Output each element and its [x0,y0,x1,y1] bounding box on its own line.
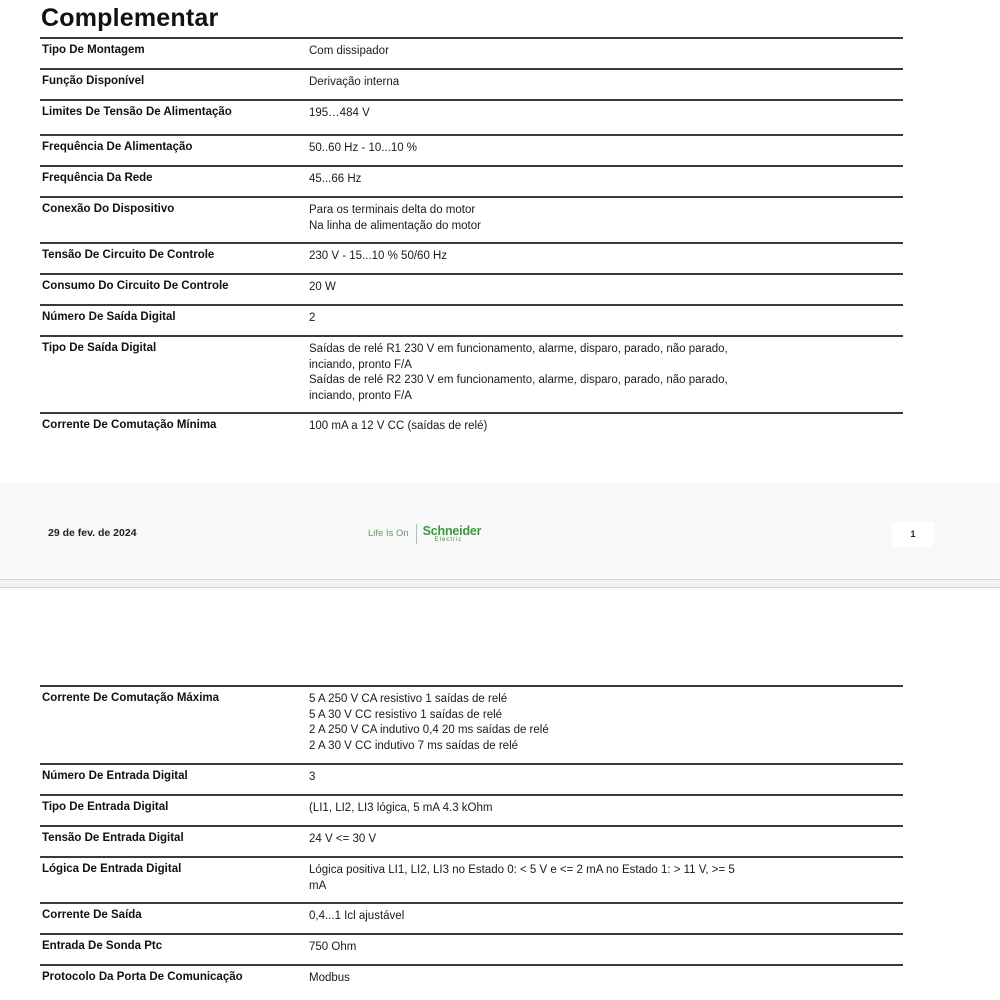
spec-value: (LI1, LI2, LI3 lógica, 5 mA 4.3 kOhm [309,801,903,825]
spec-row: Número De Saída Digital2 [40,304,903,335]
spec-value-line: Com dissipador [309,44,903,60]
spec-row: Consumo Do Circuito De Controle20 W [40,273,903,304]
page-footer: 29 de fev. de 2024 Life Is On Schneider … [0,483,1000,580]
life-is-on-tagline: Life Is On [368,524,417,544]
spec-value-line: 5 A 250 V CA resistivo 1 saídas de relé [309,692,903,708]
spec-value: 230 V - 15...10 % 50/60 Hz [309,249,903,273]
spec-value: 50..60 Hz - 10...10 % [309,141,903,165]
spec-value-line: 195…484 V [309,106,903,122]
spec-row: Protocolo Da Porta De ComunicaçãoModbus [40,964,903,999]
spec-row: Número De Entrada Digital3 [40,763,903,794]
spec-value-line: 100 mA a 12 V CC (saídas de relé) [309,419,903,435]
spec-label: Número De Entrada Digital [40,770,309,794]
spec-value-line: Modbus [309,971,903,987]
spec-value-line: Lógica positiva LI1, LI2, LI3 no Estado … [309,863,903,879]
spec-value-line: Derivação interna [309,75,903,91]
spec-value: Derivação interna [309,75,903,99]
spec-value: 24 V <= 30 V [309,832,903,856]
spec-row: Corrente De Saída0,4...1 Icl ajustável [40,902,903,933]
page-separator [0,580,1000,588]
spec-value: 195…484 V [309,106,903,134]
spec-value-line: 5 A 30 V CC resistivo 1 saídas de relé [309,708,903,724]
spec-value-line: inciando, pronto F/A [309,358,903,374]
spec-label: Frequência De Alimentação [40,141,309,165]
document-page-1: Complementar Tipo De MontagemCom dissipa… [0,0,1000,483]
spec-table-page-2: Corrente De Comutação Máxima5 A 250 V CA… [40,685,903,999]
schneider-electric-logo: Schneider Electric [417,525,482,543]
spec-value-line: Para os terminais delta do motor [309,203,903,219]
spec-value-line: Na linha de alimentação do motor [309,219,903,235]
spec-value: Modbus [309,971,903,999]
spec-value: 100 mA a 12 V CC (saídas de relé) [309,419,903,452]
spec-label: Corrente De Comutação Mínima [40,419,309,452]
spec-row: Entrada De Sonda Ptc750 Ohm [40,933,903,964]
spec-value-line: 2 [309,311,903,327]
spec-label: Corrente De Comutação Máxima [40,692,309,763]
spec-row: Limites De Tensão De Alimentação195…484 … [40,99,903,134]
spec-row: Tipo De Entrada Digital(LI1, LI2, LI3 ló… [40,794,903,825]
spec-row: Tipo De Saída DigitalSaídas de relé R1 2… [40,335,903,412]
spec-label: Função Disponível [40,75,309,99]
spec-row: Corrente De Comutação Mínima100 mA a 12 … [40,412,903,452]
spec-table-page-1: Tipo De MontagemCom dissipadorFunção Dis… [40,37,903,452]
document-page-2: Corrente De Comutação Máxima5 A 250 V CA… [0,588,1000,1000]
spec-row: Lógica De Entrada DigitalLógica positiva… [40,856,903,902]
spec-value-line: Saídas de relé R1 230 V em funcionamento… [309,342,903,358]
spec-label: Corrente De Saída [40,909,309,933]
spec-row: Conexão Do DispositivoPara os terminais … [40,196,903,242]
spec-row: Corrente De Comutação Máxima5 A 250 V CA… [40,685,903,763]
spec-value-line: inciando, pronto F/A [309,389,903,405]
spec-value: 3 [309,770,903,794]
spec-label: Entrada De Sonda Ptc [40,940,309,964]
spec-value-line: 0,4...1 Icl ajustável [309,909,903,925]
spec-label: Tipo De Entrada Digital [40,801,309,825]
spec-value: Lógica positiva LI1, LI2, LI3 no Estado … [309,863,903,902]
brand-subname: Electric [423,537,482,543]
spec-row: Frequência De Alimentação50..60 Hz - 10.… [40,134,903,165]
spec-value: 750 Ohm [309,940,903,964]
spec-label: Consumo Do Circuito De Controle [40,280,309,304]
spec-value: Saídas de relé R1 230 V em funcionamento… [309,342,903,412]
spec-label: Tensão De Entrada Digital [40,832,309,856]
spec-value-line: Saídas de relé R2 230 V em funcionamento… [309,373,903,389]
brand-logo: Life Is On Schneider Electric [368,522,481,546]
spec-value: 2 [309,311,903,335]
spec-value: Com dissipador [309,44,903,68]
spec-value: 5 A 250 V CA resistivo 1 saídas de relé5… [309,692,903,763]
spec-value: 20 W [309,280,903,304]
spec-label: Conexão Do Dispositivo [40,203,309,242]
spec-row: Função DisponívelDerivação interna [40,68,903,99]
spec-value: 0,4...1 Icl ajustável [309,909,903,933]
spec-value: 45...66 Hz [309,172,903,196]
spec-row: Tensão De Circuito De Controle230 V - 15… [40,242,903,273]
spec-value-line: 24 V <= 30 V [309,832,903,848]
spec-value-line: 45...66 Hz [309,172,903,188]
spec-value-line: (LI1, LI2, LI3 lógica, 5 mA 4.3 kOhm [309,801,903,817]
spec-value-line: 20 W [309,280,903,296]
section-title: Complementar [41,4,218,33]
spec-row: Tipo De MontagemCom dissipador [40,37,903,68]
spec-row: Frequência Da Rede45...66 Hz [40,165,903,196]
spec-label: Lógica De Entrada Digital [40,863,309,902]
spec-value-line: mA [309,879,903,895]
spec-value-line: 750 Ohm [309,940,903,956]
spec-row: Tensão De Entrada Digital24 V <= 30 V [40,825,903,856]
spec-label: Tipo De Saída Digital [40,342,309,412]
page-number: 1 [892,522,934,547]
spec-label: Protocolo Da Porta De Comunicação [40,971,309,999]
spec-label: Número De Saída Digital [40,311,309,335]
footer-date: 29 de fev. de 2024 [48,527,148,539]
spec-label: Tipo De Montagem [40,44,309,68]
spec-value-line: 230 V - 15...10 % 50/60 Hz [309,249,903,265]
spec-value: Para os terminais delta do motorNa linha… [309,203,903,242]
spec-label: Frequência Da Rede [40,172,309,196]
spec-value-line: 50..60 Hz - 10...10 % [309,141,903,157]
spec-value-line: 2 A 30 V CC indutivo 7 ms saídas de relé [309,739,903,755]
spec-value-line: 3 [309,770,903,786]
spec-value-line: 2 A 250 V CA indutivo 0,4 20 ms saídas d… [309,723,903,739]
spec-label: Tensão De Circuito De Controle [40,249,309,273]
spec-label: Limites De Tensão De Alimentação [40,106,309,134]
